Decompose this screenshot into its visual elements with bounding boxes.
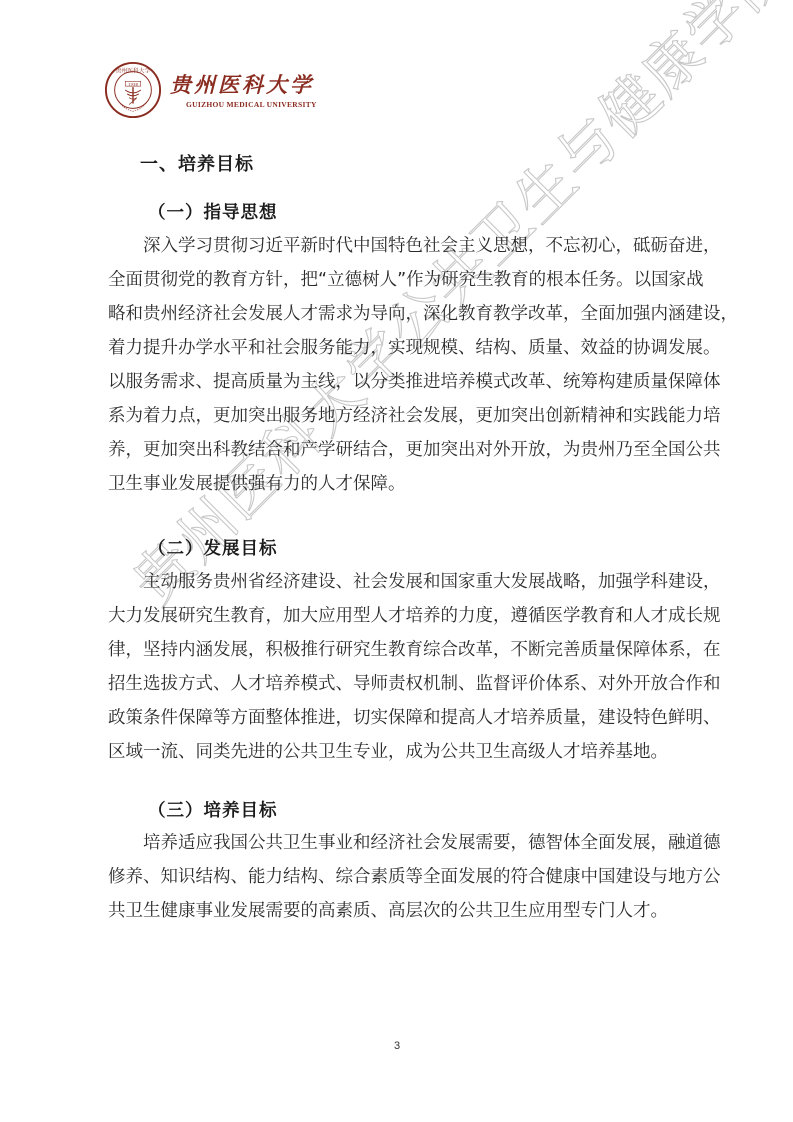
text-line: 区域一流、同类先进的公共卫生专业，成为公共卫生高级人才培养基地。 [108,735,698,769]
paragraph-guiding-ideology: 深入学习贯彻习近平新时代中国特色社会主义思想，不忘初心，砥砺奋进， 全面贯彻党的… [108,229,698,501]
section-title: 一、培养目标 [140,150,254,176]
page-number: 3 [394,1040,400,1052]
text-line: 系为着力点，更加突出服务地方经济社会发展，更加突出创新精神和实践能力培 [108,399,698,433]
text-line: 主动服务贵州省经济建设、社会发展和国家重大发展战略，加强学科建设， [108,565,698,599]
text-line: 修养、知识结构、能力结构、综合素质等全面发展的符合健康中国建设与地方公 [108,860,698,894]
text-line: 卫生事业发展提供强有力的人才保障。 [108,467,698,501]
text-line: 共卫生健康事业发展需要的高素质、高层次的公共卫生应用型专门人才。 [108,894,698,928]
text-line: 着力提升办学水平和社会服务能力，实现规模、结构、质量、效益的协调发展。 [108,331,698,365]
text-line: 培养适应我国公共卫生事业和经济社会发展需要，德智体全面发展，融道德 [108,826,698,860]
subsection-title-development-goals: （二）发展目标 [148,535,278,560]
seal-year: 1938 [128,81,138,86]
logo-chinese-name: 贵州医科大学 [170,72,317,98]
text-line: 养，更加突出科教结合和产学研结合，更加突出对外开放，为贵州乃至全国公共 [108,433,698,467]
text-line: 律，坚持内涵发展，积极推行研究生教育综合改革，不断完善质量保障体系，在 [108,633,698,667]
paragraph-training-goals: 培养适应我国公共卫生事业和经济社会发展需要，德智体全面发展，融道德 修养、知识结… [108,826,698,928]
university-seal-icon: 贵州医科大学 1938 [104,61,162,119]
svg-text:贵州医科大学: 贵州医科大学 [116,67,151,75]
subsection-title-training-goals: （三）培养目标 [148,797,278,822]
paragraph-development-goals: 主动服务贵州省经济建设、社会发展和国家重大发展战略，加强学科建设， 大力发展研究… [108,565,698,769]
university-logo: 贵州医科大学 1938 贵州医科大学 GUIZHOU MEDICAL UNIVE… [104,60,317,120]
text-line: 大力发展研究生教育，加大应用型人才培养的力度，遵循医学教育和人才成长规 [108,599,698,633]
text-line: 全面贯彻党的教育方针，把“立德树人”作为研究生教育的根本任务。以国家战 [108,263,698,297]
subsection-title-guiding-ideology: （一）指导思想 [148,199,278,224]
text-line: 以服务需求、提高质量为主线，以分类推进培养模式改革、统筹构建质量保障体 [108,365,698,399]
text-line: 略和贵州经济社会发展人才需求为导向，深化教育教学改革，全面加强内涵建设， [108,297,698,331]
logo-english-name: GUIZHOU MEDICAL UNIVERSITY [186,100,317,109]
text-line: 深入学习贯彻习近平新时代中国特色社会主义思想，不忘初心，砥砺奋进， [108,229,698,263]
text-line: 政策条件保障等方面整体推进，切实保障和提高人才培养质量，建设特色鲜明、 [108,701,698,735]
text-line: 招生选拔方式、人才培养模式、导师责权机制、监督评价体系、对外开放合作和 [108,667,698,701]
